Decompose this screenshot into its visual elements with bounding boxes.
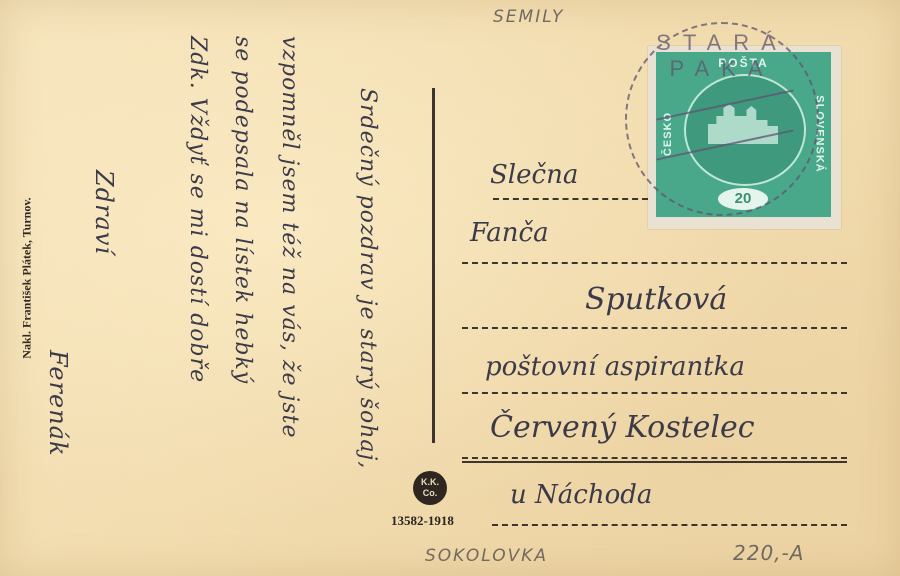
- printer-logo-line1: K.K.: [421, 477, 439, 488]
- address-rule: [462, 327, 847, 329]
- address-line: Fanča: [470, 218, 549, 248]
- address-line: Sputková: [585, 282, 727, 317]
- message-line: se podepsala na lístek hebký: [230, 36, 255, 384]
- printer-logo-line2: Co.: [423, 488, 438, 499]
- message-line: Zdk. Vždyť se mi dostí dobře: [185, 36, 210, 383]
- address-rule-double: [462, 457, 847, 463]
- address-rule: [493, 198, 648, 200]
- print-number: 13582-1918: [391, 513, 454, 529]
- message-line: Srdečný pozdrav je starý šohaj,: [355, 88, 380, 469]
- postmark-text: STARÁ PAKA: [627, 30, 817, 82]
- address-rule: [492, 524, 847, 526]
- pencil-note-bottom-left: SOKOLOVKA: [425, 546, 548, 566]
- address-rule: [462, 392, 847, 394]
- address-line: u Náchoda: [510, 480, 652, 510]
- center-divider: [432, 88, 435, 443]
- postmark-bar: [656, 89, 793, 120]
- publisher-imprint: Nakl. František Plátek, Turnov.: [20, 197, 35, 358]
- printer-logo: K.K. Co.: [413, 471, 447, 505]
- pencil-note-top: SEMILY: [493, 7, 564, 27]
- pencil-note-price: 220,-A: [733, 541, 804, 565]
- postcard-back: SEMILY SOKOLOVKA 220,-A Nakl. František …: [0, 0, 900, 576]
- postmark-cancel: STARÁ PAKA: [625, 22, 819, 216]
- address-line: poštovní aspirantka: [485, 352, 745, 382]
- address-rule: [462, 262, 847, 264]
- message-closing: Zdraví: [90, 170, 118, 255]
- address-line: Slečna: [490, 160, 578, 190]
- postmark-bar: [656, 129, 793, 160]
- address-line: Červený Kostelec: [490, 410, 755, 445]
- message-signature: Ferenák: [44, 350, 72, 457]
- message-line: vzpomněl jsem též na vás, že jste: [277, 36, 302, 439]
